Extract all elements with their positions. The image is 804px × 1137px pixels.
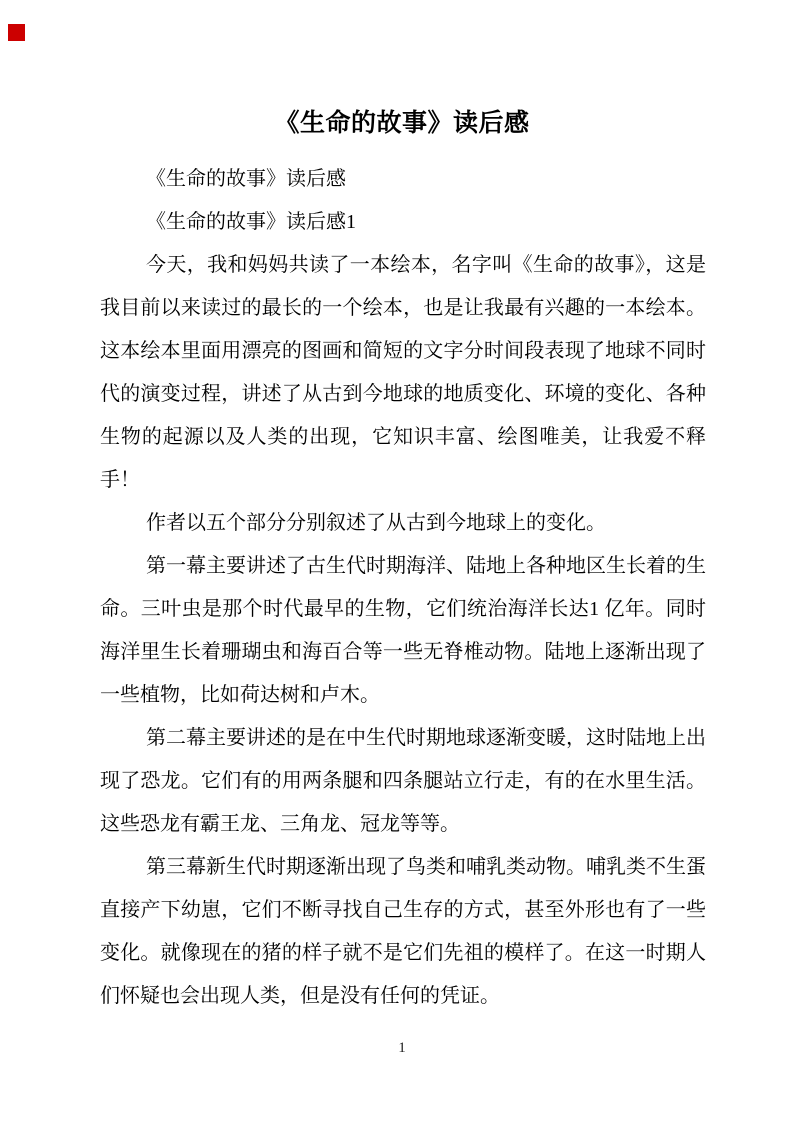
document-page: 《生命的故事》读后感 《生命的故事》读后感《生命的故事》读后感1今天，我和妈妈共…: [0, 0, 804, 1137]
paragraph: 第二幕主要讲述的是在中生代时期地球逐渐变暖，这时陆地上出现了恐龙。它们有的用两条…: [100, 717, 706, 846]
paragraph: 《生命的故事》读后感: [100, 158, 706, 201]
document-title: 《生命的故事》读后感: [0, 108, 804, 138]
page-number: 1: [0, 1038, 804, 1058]
paragraph: 《生命的故事》读后感1: [100, 201, 706, 244]
paragraph: 第一幕主要讲述了古生代时期海洋、陆地上各种地区生长着的生命。三叶虫是那个时代最早…: [100, 545, 706, 717]
paragraph: 今天，我和妈妈共读了一本绘本，名字叫《生命的故事》，这是我目前以来读过的最长的一…: [100, 244, 706, 502]
paragraph: 作者以五个部分分别叙述了从古到今地球上的变化。: [100, 502, 706, 545]
red-square-marker-icon: [8, 24, 25, 41]
paragraph: 第三幕新生代时期逐渐出现了鸟类和哺乳类动物。哺乳类不生蛋直接产下幼崽，它们不断寻…: [100, 846, 706, 1018]
document-body: 《生命的故事》读后感《生命的故事》读后感1今天，我和妈妈共读了一本绘本，名字叫《…: [100, 158, 706, 1018]
